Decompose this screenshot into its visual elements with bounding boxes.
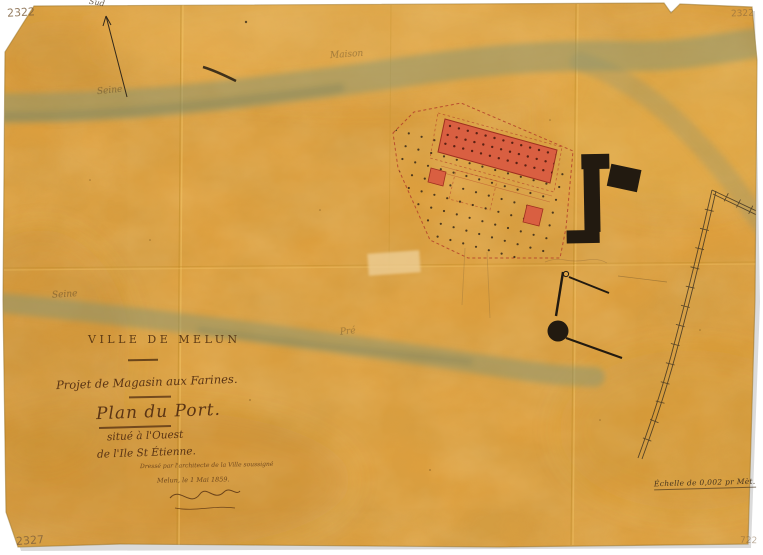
inventory-number-bottom-left: 2327 bbox=[16, 533, 45, 548]
repair-patch bbox=[367, 250, 420, 276]
inventory-number-top-left: 2322 bbox=[7, 5, 36, 19]
plan-drawing bbox=[0, 0, 763, 555]
bank-label-lower: Pré bbox=[340, 326, 357, 338]
scanned-plan-page: 2322 2322 2327 722 Sud Seine Maison Sein… bbox=[0, 0, 763, 555]
inventory-number-bottom-right: 722 bbox=[740, 536, 758, 547]
mooring-dolphin bbox=[548, 321, 569, 342]
paper-texture bbox=[0, 0, 763, 555]
river-label-lower: Seine bbox=[52, 289, 78, 301]
inventory-number-top-right: 2322 bbox=[731, 9, 754, 20]
small-pavilion-east bbox=[523, 205, 543, 226]
title-city: VILLE DE MELUN bbox=[88, 333, 241, 346]
title-dateline: Melun, le 1 Mai 1859. bbox=[157, 475, 230, 484]
